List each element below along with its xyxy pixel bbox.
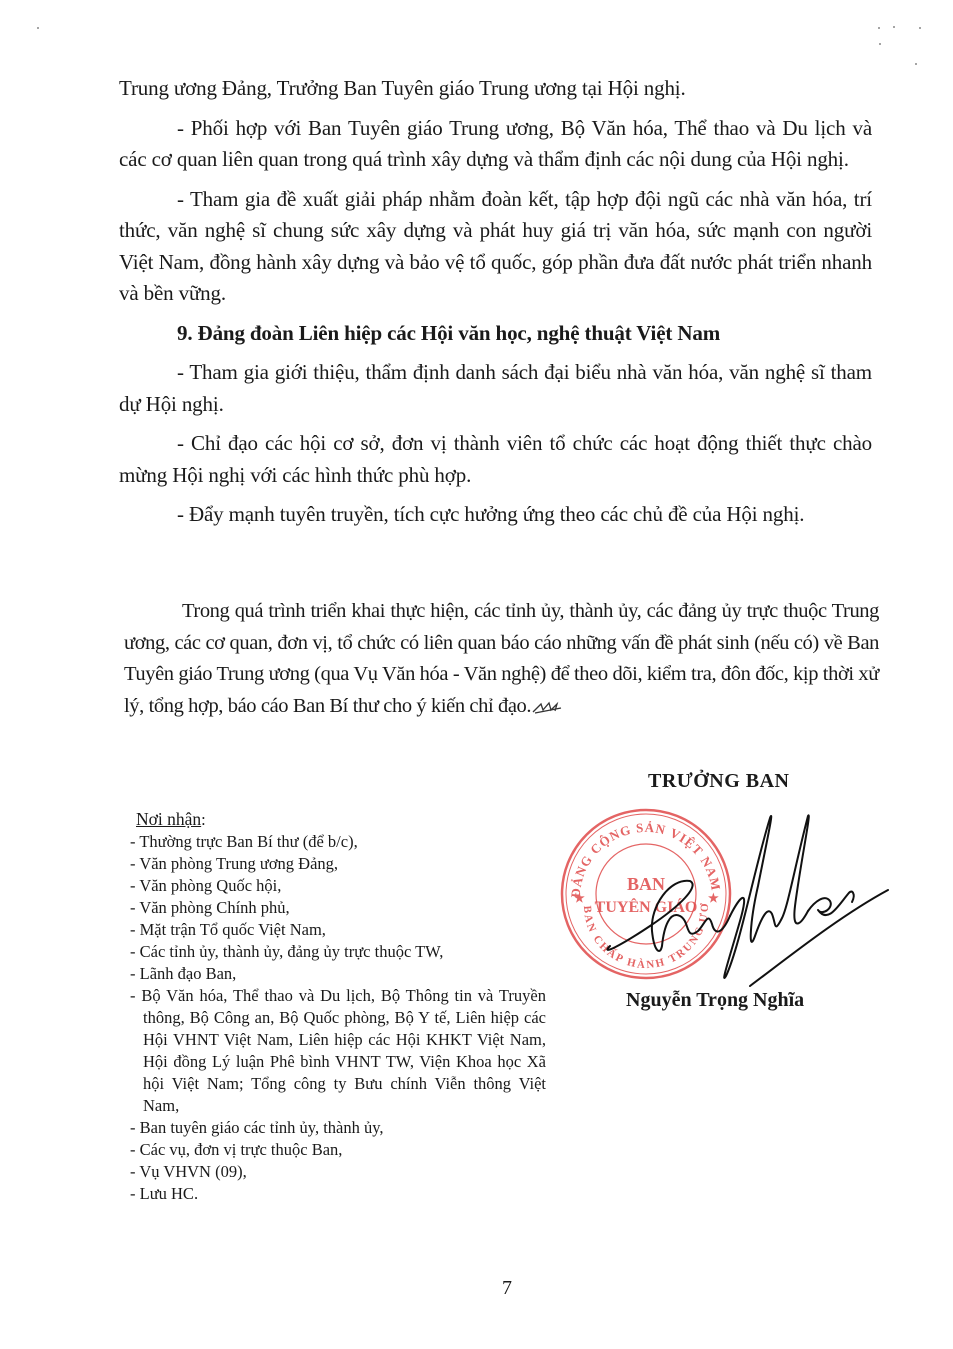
- svg-text:★: ★: [574, 891, 585, 905]
- document-page: Trung ương Đảng, Trưởng Ban Tuyên giáo T…: [0, 0, 953, 1349]
- scan-speck: [893, 26, 895, 28]
- recipients-title: Nơi nhận:: [136, 808, 546, 831]
- recipient-item: - Văn phòng Chính phủ,: [130, 897, 546, 919]
- closing-paragraph: Trong quá trình triển khai thực hiện, cá…: [124, 596, 879, 722]
- paragraph-coordinate: - Phối hợp với Ban Tuyên giáo Trung ương…: [119, 113, 872, 176]
- paragraph-continuation: Trung ương Đảng, Trưởng Ban Tuyên giáo T…: [119, 73, 872, 105]
- signer-name: Nguyễn Trọng Nghĩa: [626, 989, 804, 1012]
- paragraph-propose: - Tham gia đề xuất giải pháp nhằm đoàn k…: [119, 184, 872, 310]
- closing-text: Trong quá trình triển khai thực hiện, cá…: [124, 600, 879, 717]
- recipient-item: - Vụ VHVN (09),: [130, 1161, 546, 1183]
- recipient-item: - Mặt trận Tổ quốc Việt Nam,: [130, 919, 546, 941]
- scan-speck: [37, 27, 39, 29]
- recipient-item: - Các tỉnh ủy, thành ủy, đảng ủy trực th…: [130, 941, 546, 963]
- body-text: Trung ương Đảng, Trưởng Ban Tuyên giáo T…: [119, 73, 872, 539]
- recipient-item: - Văn phòng Quốc hội,: [130, 875, 546, 897]
- recipient-item: - Văn phòng Trung ương Đảng,: [130, 853, 546, 875]
- recipient-item: - Bộ Văn hóa, Thể thao và Du lịch, Bộ Th…: [130, 985, 546, 1117]
- initials-mark-icon: [531, 700, 563, 714]
- recipient-item: - Các vụ, đơn vị trực thuộc Ban,: [130, 1139, 546, 1161]
- recipient-item: - Lưu HC.: [130, 1183, 546, 1205]
- section-9-item: - Đẩy mạnh tuyên truyền, tích cực hưởng …: [119, 499, 872, 531]
- handwritten-signature-icon: [590, 806, 890, 991]
- scan-speck: [878, 27, 880, 29]
- recipient-item: - Ban tuyên giáo các tỉnh ủy, thành ủy,: [130, 1117, 546, 1139]
- signer-title: TRƯỞNG BAN: [648, 770, 789, 793]
- scan-speck: [879, 43, 881, 45]
- scan-speck: [915, 63, 917, 65]
- recipient-item: - Thường trực Ban Bí thư (để b/c),: [130, 831, 546, 853]
- section-9-item: - Chỉ đạo các hội cơ sở, đơn vị thành vi…: [119, 428, 872, 491]
- page-number: 7: [502, 1277, 512, 1300]
- section-9-heading: 9. Đảng đoàn Liên hiệp các Hội văn học, …: [119, 318, 872, 350]
- section-9-item: - Tham gia giới thiệu, thẩm định danh sá…: [119, 357, 872, 420]
- scan-speck: [919, 27, 921, 29]
- recipient-item: - Lãnh đạo Ban,: [130, 963, 546, 985]
- recipients-block: Nơi nhận: - Thường trực Ban Bí thư (để b…: [136, 808, 546, 1205]
